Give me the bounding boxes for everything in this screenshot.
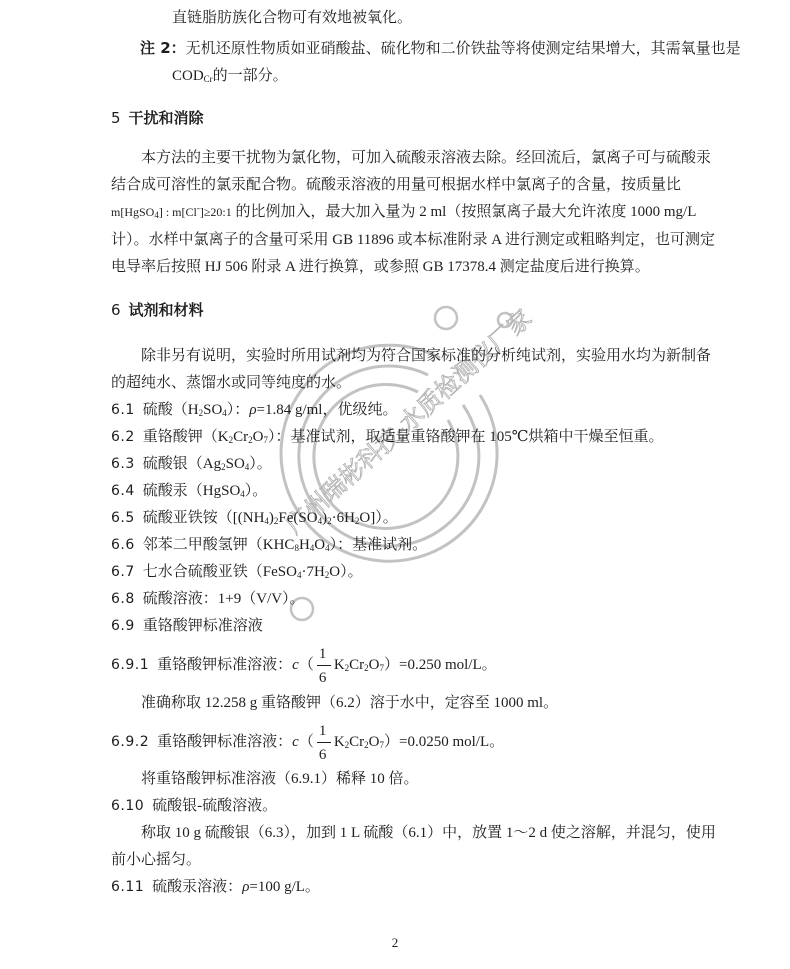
item-6-10-desc-line-1: 称取 10 g 硫酸银（6.3），加到 1 L 硫酸（6.1）中，放置 1～2 …	[141, 823, 716, 843]
item-number: 6.7	[111, 564, 135, 580]
item-number: 6.4	[111, 483, 135, 499]
fraction: 16	[317, 733, 331, 753]
item-6-5: 6.5硫酸亚铁铵（[(NH4)2Fe(SO4)2·6H2O]）。	[111, 508, 398, 528]
item-number: 6.3	[111, 456, 135, 472]
item-6-4: 6.4硫酸汞（HgSO4）。	[111, 481, 267, 501]
fraction-bar	[317, 742, 331, 743]
item-6-9-2: 6.9.2重铬酸钾标准溶液：c（16K2Cr2O7）=0.0250 mol/L。	[111, 732, 504, 753]
item-text: 邻苯二甲酸氢钾（KHC	[143, 537, 295, 553]
item-6-1: 6.1硫酸（H2SO4）：ρ=1.84 g/ml，优级纯。	[111, 400, 397, 420]
item-label: 重铬酸钾标准溶液：	[157, 657, 292, 673]
item-label: 重铬酸钾标准溶液：	[157, 734, 292, 750]
formula-part: Cr	[349, 657, 364, 673]
item-number: 6.5	[111, 510, 135, 526]
formula-part: H	[299, 537, 310, 553]
item-text: =100 g/L。	[249, 879, 320, 895]
section-5-para-line-5: 电导率后按照 HJ 506 附录 A 进行换算，或参照 GB 17378.4 测…	[111, 257, 650, 277]
note2-label: 注 2：	[140, 39, 186, 57]
cod-text: COD	[172, 68, 204, 84]
fraction-denominator: 6	[319, 668, 327, 688]
item-6-9: 6.9重铬酸钾标准溶液	[111, 616, 263, 636]
ratio-m2: ] : m[Cl	[159, 205, 197, 219]
section-5-para-line-3: m[HgSO4] : m[Cl-]≥20:1 的比例加入，最大加入量为 2 ml…	[111, 202, 696, 222]
item-6-9-2-desc: 将重铬酸钾标准溶液（6.9.1）稀释 10 倍。	[141, 769, 419, 789]
item-text: O）。	[329, 564, 362, 580]
item-6-9-1-desc: 准确称取 12.258 g 重铬酸钾（6.2）溶于水中，定容至 1000 ml。	[141, 693, 558, 713]
item-text: 硫酸溶液：1+9（V/V）。	[143, 591, 305, 607]
section-5-para-line-1: 本方法的主要干扰物为氯化物，可加入硫酸汞溶液去除。经回流后，氯离子可与硫酸汞	[141, 148, 711, 168]
item-text: 硫酸汞溶液：	[152, 879, 242, 895]
section-6-intro-line-1: 除非另有说明，实验时所用试剂均为符合国家标准的分析纯试剂，实验用水均为新制备	[141, 346, 711, 366]
item-text: 硫酸（H	[143, 402, 199, 418]
formula-part: K	[334, 657, 345, 673]
fraction-denominator: 6	[319, 745, 327, 765]
section-6-number: 6	[111, 301, 121, 319]
item-number: 6.8	[111, 591, 135, 607]
item-number: 6.2	[111, 429, 135, 445]
note2-line2: CODCr的一部分。	[172, 66, 288, 86]
item-number: 6.1	[111, 402, 135, 418]
concentration-value: ）=0.250 mol/L。	[384, 657, 497, 673]
formula-part: O	[369, 734, 380, 750]
item-text: ）：基准试剂，取适量重铬酸钾在 105℃烘箱中干燥至恒重。	[268, 429, 664, 445]
concentration-symbol: c	[292, 657, 299, 673]
ratio-m3: ]≥20:1	[200, 205, 232, 219]
formula-part: SO	[226, 456, 245, 472]
item-text: ）。	[249, 456, 272, 472]
watermark-text: 广州瑞彬科技-水质检测仪厂家	[280, 304, 537, 539]
item-text: 硫酸银（Ag	[143, 456, 221, 472]
item-number: 6.11	[111, 879, 144, 895]
item-text: 硫酸汞（HgSO	[143, 483, 241, 499]
watermark-dot-circle-2	[498, 313, 512, 327]
item-text: =1.84 g/ml，优级纯。	[257, 402, 398, 418]
note2-line1: 无机还原性物质如亚硝酸盐、硫化物和二价铁盐等将使测定结果增大，其需氧量也是	[186, 41, 741, 57]
concentration-value: ）=0.0250 mol/L。	[384, 734, 504, 750]
item-text: 重铬酸钾标准溶液	[143, 618, 263, 634]
paren-open: （	[299, 657, 314, 673]
item-number: 6.10	[111, 798, 144, 814]
item-6-10-desc-line-2: 前小心摇匀。	[111, 850, 201, 870]
item-text: 硫酸银-硫酸溶液。	[152, 798, 277, 814]
formula-part: O	[253, 429, 264, 445]
ratio-m1: m[HgSO	[111, 205, 154, 219]
fraction-numerator: 1	[319, 721, 327, 741]
section-5-number: 5	[111, 109, 121, 127]
formula-part: Fe(SO	[278, 510, 317, 526]
fraction-bar	[317, 665, 331, 666]
formula-part: Cr	[233, 429, 248, 445]
item-6-2: 6.2重铬酸钾（K2Cr2O7）：基准试剂，取适量重铬酸钾在 105℃烘箱中干燥…	[111, 427, 664, 447]
item-6-8: 6.8硫酸溶液：1+9（V/V）。	[111, 589, 305, 609]
section-5-para-line-4: 计）。水样中氯离子的含量可采用 GB 11896 或本标准附录 A 进行测定或粗…	[111, 230, 715, 250]
formula-part: ·7H	[301, 564, 324, 580]
item-6-7: 6.7七水合硫酸亚铁（FeSO4·7H2O）。	[111, 562, 363, 582]
item-6-3: 6.3硫酸银（Ag2SO4）。	[111, 454, 272, 474]
cod-subscript: Cr	[204, 74, 213, 84]
section-6-heading: 6试剂和材料	[111, 300, 204, 320]
formula-part: K	[334, 734, 345, 750]
note1-continuation: 直链脂肪族化合物可有效地被氧化。	[172, 8, 412, 28]
formula-part: O	[369, 657, 380, 673]
paren-open: （	[299, 734, 314, 750]
section-6-title: 试剂和材料	[129, 301, 204, 319]
item-text: ）：基准试剂。	[330, 537, 428, 553]
formula-part: SO	[203, 402, 222, 418]
formula-part: ·6H	[332, 510, 355, 526]
item-text: ）：	[227, 402, 250, 418]
item-6-10: 6.10硫酸银-硫酸溶液。	[111, 796, 277, 816]
note2: 注 2：无机还原性物质如亚硝酸盐、硫化物和二价铁盐等将使测定结果增大，其需氧量也…	[140, 38, 741, 59]
note2-line2-rest: 的一部分。	[213, 68, 288, 84]
fraction: 16	[317, 656, 331, 676]
item-number: 6.6	[111, 537, 135, 553]
section-5-title: 干扰和消除	[129, 109, 204, 127]
item-text: O]）。	[359, 510, 397, 526]
section-6-intro-line-2: 的超纯水、蒸馏水或同等纯度的水。	[111, 373, 351, 393]
section-5-heading: 5干扰和消除	[111, 108, 204, 128]
concentration-symbol: c	[292, 734, 299, 750]
item-6-9-1: 6.9.1重铬酸钾标准溶液：c（16K2Cr2O7）=0.250 mol/L。	[111, 655, 497, 676]
item-number: 6.9.1	[111, 657, 149, 673]
item-text: ）。	[245, 483, 268, 499]
item-number: 6.9.2	[111, 734, 149, 750]
item-text: 七水合硫酸亚铁（FeSO	[143, 564, 297, 580]
item-text: 硫酸亚铁铵（[(NH	[143, 510, 265, 526]
watermark-dot-circle-1	[435, 307, 457, 329]
fraction-numerator: 1	[319, 644, 327, 664]
formula-part: Cr	[349, 734, 364, 750]
item-text: 重铬酸钾（K	[143, 429, 229, 445]
formula-part: O	[314, 537, 325, 553]
item-number: 6.9	[111, 618, 135, 634]
rho-symbol: ρ	[249, 402, 256, 418]
page-number: 2	[0, 935, 790, 951]
section-5-para-line-2: 结合成可溶性的氯汞配合物。硫酸汞溶液的用量可根据水样中氯离子的含量，按质量比	[111, 175, 681, 195]
item-6-6: 6.6邻苯二甲酸氢钾（KHC8H4O4）：基准试剂。	[111, 535, 427, 555]
ratio-rest: 的比例加入，最大加入量为 2 ml（按照氯离子最大允许浓度 1000 mg/L	[232, 204, 697, 220]
item-6-11: 6.11硫酸汞溶液：ρ=100 g/L。	[111, 877, 320, 897]
